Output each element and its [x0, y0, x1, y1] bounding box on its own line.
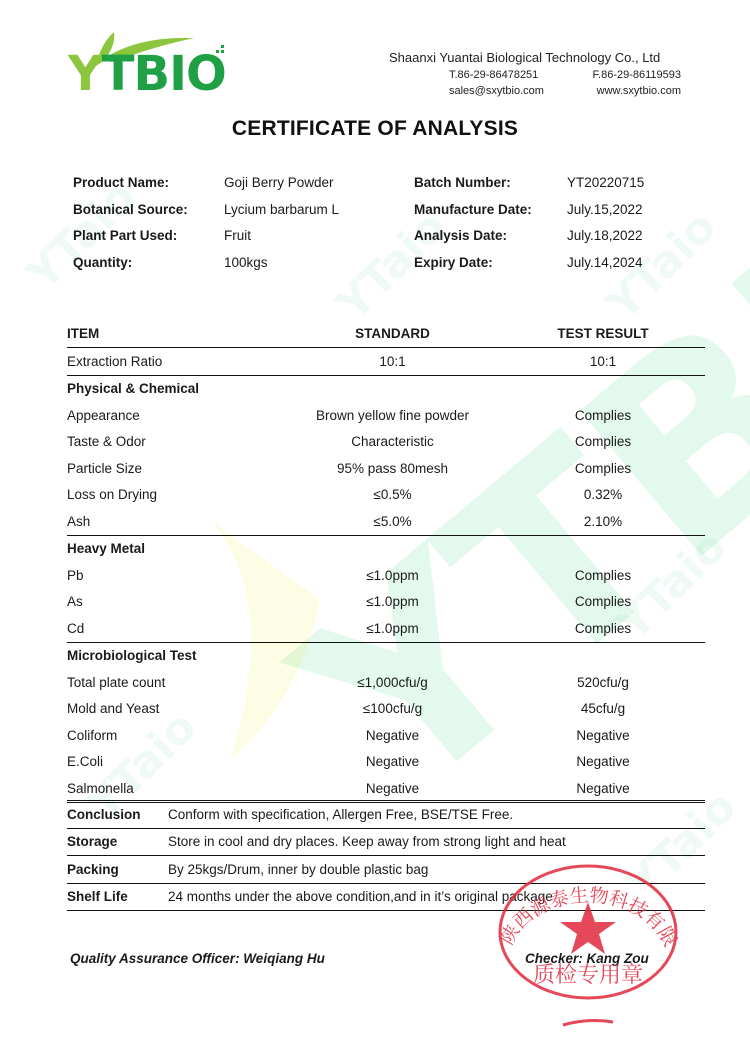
row-item: Cd: [67, 621, 284, 636]
summary-value: Store in cool and dry places. Keep away …: [168, 834, 705, 849]
row-result: Negative: [501, 754, 705, 769]
checker-signature: Checker: Kang Zou: [525, 951, 649, 966]
section-header: Microbiological Test: [67, 643, 705, 670]
row-standard: 10:1: [284, 354, 501, 369]
info-row: Expiry Date:July.14,2024: [414, 255, 644, 282]
summary-label: Packing: [67, 862, 168, 877]
row-standard: Negative: [284, 781, 501, 796]
table-row: Loss on Drying≤0.5%0.32%: [67, 482, 705, 509]
row-standard: Negative: [284, 754, 501, 769]
section-title: Physical & Chemical: [67, 381, 284, 396]
company-fax: F.86-29-86119593: [593, 69, 681, 81]
company-email[interactable]: sales@sxytbio.com: [449, 85, 544, 97]
row-standard: ≤1.0ppm: [284, 621, 501, 636]
summary-label: Shelf Life: [67, 889, 168, 904]
section-header: Heavy Metal: [67, 536, 705, 563]
info-label: Expiry Date:: [414, 255, 567, 282]
row-result: Complies: [501, 568, 705, 583]
row-result: Complies: [501, 594, 705, 609]
info-row: Batch Number:YT20220715: [414, 175, 644, 202]
row-item: Taste & Odor: [67, 434, 284, 449]
row-standard: ≤1.0ppm: [284, 568, 501, 583]
info-value: YT20220715: [567, 175, 644, 202]
qa-officer-signature: Quality Assurance Officer: Weiqiang Hu: [70, 951, 325, 966]
table-row: Mold and Yeast≤100cfu/g45cfu/g: [67, 696, 705, 723]
product-info-left: Product Name:Goji Berry PowderBotanical …: [73, 175, 339, 281]
info-row: Plant Part Used:Fruit: [73, 228, 339, 255]
row-standard: ≤5.0%: [284, 514, 501, 529]
info-row: Product Name:Goji Berry Powder: [73, 175, 339, 202]
column-header-item: ITEM: [67, 326, 284, 341]
row-standard: ≤0.5%: [284, 487, 501, 502]
company-logo: YTBIO: [66, 28, 236, 103]
info-row: Analysis Date:July.18,2022: [414, 228, 644, 255]
summary-row: Shelf Life24 months under the above cond…: [67, 884, 705, 912]
company-contact: Shaanxi Yuantai Biological Technology Co…: [389, 50, 681, 97]
table-row: Taste & OdorCharacteristicComplies: [67, 429, 705, 456]
column-header-result: TEST RESULT: [501, 326, 705, 341]
info-row: Botanical Source:Lycium barbarum L: [73, 202, 339, 229]
row-standard: ≤100cfu/g: [284, 701, 501, 716]
row-result: Negative: [501, 728, 705, 743]
summary-row: StorageStore in cool and dry places. Kee…: [67, 829, 705, 857]
summary-label: Storage: [67, 834, 168, 849]
row-item: Mold and Yeast: [67, 701, 284, 716]
info-value: July.14,2024: [567, 255, 643, 282]
row-item: Appearance: [67, 408, 284, 423]
svg-text:质检专用章: 质检专用章: [533, 963, 643, 988]
info-value: 100kgs: [224, 255, 268, 282]
row-standard: Negative: [284, 728, 501, 743]
info-label: Quantity:: [73, 255, 224, 282]
row-result: Complies: [501, 461, 705, 476]
row-item: Particle Size: [67, 461, 284, 476]
column-header-standard: STANDARD: [284, 326, 501, 341]
row-item: E.Coli: [67, 754, 284, 769]
summary-section: ConclusionConform with specification, Al…: [67, 800, 705, 911]
row-item: Coliform: [67, 728, 284, 743]
summary-value: Conform with specification, Allergen Fre…: [168, 807, 705, 822]
summary-value: 24 months under the above condition,and …: [168, 889, 705, 904]
table-row: ColiformNegativeNegative: [67, 722, 705, 749]
table-row: Ash≤5.0%2.10%: [67, 508, 705, 536]
row-item: Ash: [67, 514, 284, 529]
company-website[interactable]: www.sxytbio.com: [597, 85, 681, 97]
table-row: E.ColiNegativeNegative: [67, 749, 705, 776]
info-row: Quantity:100kgs: [73, 255, 339, 282]
summary-row: ConclusionConform with specification, Al…: [67, 801, 705, 829]
table-row: AppearanceBrown yellow fine powderCompli…: [67, 402, 705, 429]
row-result: 520cfu/g: [501, 675, 705, 690]
row-item: Pb: [67, 568, 284, 583]
table-row: Pb≤1.0ppmComplies: [67, 562, 705, 589]
row-item: As: [67, 594, 284, 609]
row-standard: 95% pass 80mesh: [284, 461, 501, 476]
document-title: CERTIFICATE OF ANALYSIS: [0, 117, 750, 141]
row-item: Extraction Ratio: [67, 354, 284, 369]
summary-row: PackingBy 25kgs/Drum, inner by double pl…: [67, 856, 705, 884]
summary-value: By 25kgs/Drum, inner by double plastic b…: [168, 862, 705, 877]
row-result: 10:1: [501, 354, 705, 369]
info-label: Analysis Date:: [414, 228, 567, 255]
section-title: Heavy Metal: [67, 541, 284, 556]
row-result: Complies: [501, 434, 705, 449]
row-standard: Brown yellow fine powder: [284, 408, 501, 423]
company-name: Shaanxi Yuantai Biological Technology Co…: [389, 50, 681, 65]
product-info-right: Batch Number:YT20220715Manufacture Date:…: [414, 175, 644, 281]
logo-wordmark: YTBIO: [68, 50, 226, 98]
row-item: Total plate count: [67, 675, 284, 690]
summary-label: Conclusion: [67, 807, 168, 822]
row-result: 0.32%: [501, 487, 705, 502]
info-row: Manufacture Date:July.15,2022: [414, 202, 644, 229]
info-label: Manufacture Date:: [414, 202, 567, 229]
table-row: Total plate count≤1,000cfu/g520cfu/g: [67, 669, 705, 696]
row-standard: ≤1.0ppm: [284, 594, 501, 609]
info-label: Batch Number:: [414, 175, 567, 202]
info-value: Fruit: [224, 228, 251, 255]
row-result: 45cfu/g: [501, 701, 705, 716]
table-row: Extraction Ratio 10:1 10:1: [67, 348, 705, 376]
row-result: Negative: [501, 781, 705, 796]
row-item: Loss on Drying: [67, 487, 284, 502]
table-row: As≤1.0ppmComplies: [67, 589, 705, 616]
row-result: 2.10%: [501, 514, 705, 529]
section-header: Physical & Chemical: [67, 376, 705, 403]
row-item: Salmonella: [67, 781, 284, 796]
analysis-table: ITEM STANDARD TEST RESULT Extraction Rat…: [67, 320, 705, 803]
info-value: Lycium barbarum L: [224, 202, 339, 229]
info-value: July.15,2022: [567, 202, 643, 229]
info-value: July.18,2022: [567, 228, 643, 255]
info-label: Plant Part Used:: [73, 228, 224, 255]
row-standard: Characteristic: [284, 434, 501, 449]
table-row: SalmonellaNegativeNegative: [67, 775, 705, 803]
row-result: Complies: [501, 621, 705, 636]
table-row: Particle Size95% pass 80meshComplies: [67, 455, 705, 482]
row-standard: ≤1,000cfu/g: [284, 675, 501, 690]
table-header: ITEM STANDARD TEST RESULT: [67, 320, 705, 348]
row-result: Complies: [501, 408, 705, 423]
table-row: Cd≤1.0ppmComplies: [67, 615, 705, 643]
section-title: Microbiological Test: [67, 648, 284, 663]
company-phone: T.86-29-86478251: [449, 69, 538, 81]
info-label: Product Name:: [73, 175, 224, 202]
info-label: Botanical Source:: [73, 202, 224, 229]
info-value: Goji Berry Powder: [224, 175, 334, 202]
